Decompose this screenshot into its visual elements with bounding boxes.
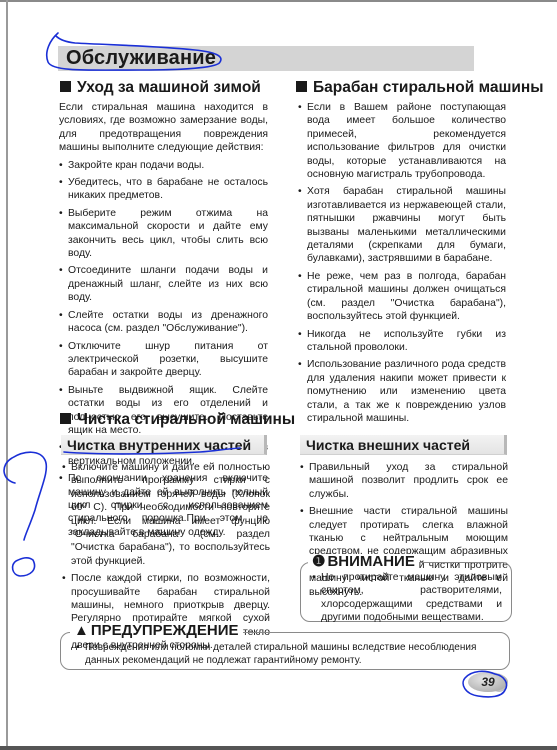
warning-list: Повреждения или поломки деталей стиральн… (76, 641, 496, 668)
list-item: Включите машину и дайте ей полностью вып… (62, 461, 270, 568)
list-item: Если в Вашем районе поступающая вода име… (298, 101, 506, 181)
list-item: Закройте кран подачи воды. (59, 159, 268, 172)
section-heading-winter: Уход за машиной зимой (60, 79, 261, 97)
page-frame-left (6, 0, 8, 750)
square-bullet-icon (296, 81, 307, 92)
section-heading-text: Чистка стиральной машины (77, 411, 295, 428)
warning-content: Повреждения или поломки деталей стиральн… (76, 641, 496, 672)
section-heading-text: Уход за машиной зимой (77, 79, 261, 96)
list-item: Отсоедините шланги подачи воды и дренажн… (59, 264, 268, 304)
square-bullet-icon (60, 413, 71, 424)
attention-title-text: ВНИМАНИЕ (327, 553, 414, 570)
question-mark-annotation (4, 452, 46, 540)
attention-content: Не протирайте машину этиловым спиртом, р… (312, 571, 502, 629)
warning-title: ▲ПРЕДУПРЕЖДЕНИЕ (70, 623, 243, 639)
page-frame-top (0, 0, 557, 2)
drum-list: Если в Вашем районе поступающая вода име… (298, 101, 506, 425)
list-item: Не реже, чем раз в полгода, барабан стир… (298, 270, 506, 324)
drum-column: Если в Вашем районе поступающая вода име… (298, 101, 506, 429)
subheading-text: Чистка внешних частей (306, 437, 470, 453)
list-item: Использование различного рода средств дл… (298, 358, 506, 425)
warning-title-text: ПРЕДУПРЕЖДЕНИЕ (91, 622, 239, 639)
attention-icon: ❶ (312, 554, 325, 570)
attention-title: ❶ВНИМАНИЕ (308, 554, 419, 570)
page-frame-bottom (0, 746, 557, 750)
subheading-outer-parts: Чистка внешних частей (300, 435, 507, 455)
page-number: 39 (468, 672, 508, 692)
list-item: Хотя барабан стиральной машины изготавли… (298, 185, 506, 265)
list-item: Не протирайте машину этиловым спиртом, р… (312, 571, 502, 625)
subheading-text: Чистка внутренних частей (67, 437, 251, 453)
section-heading-drum: Барабан стиральной машины (296, 79, 544, 97)
warning-triangle-icon: ▲ (74, 623, 89, 639)
section-heading-cleaning: Чистка стиральной машины (60, 411, 295, 429)
square-bullet-icon (60, 81, 71, 92)
winter-intro: Если стиральная машина находится в услов… (59, 101, 268, 155)
list-item: Убедитесь, что в барабане не осталось ни… (59, 176, 268, 203)
list-item: Повреждения или поломки деталей стиральн… (76, 641, 496, 668)
attention-list: Не протирайте машину этиловым спиртом, р… (312, 571, 502, 625)
list-item: Правильный уход за стиральной машиной по… (300, 461, 508, 501)
list-item: Никогда не используйте губки из стальной… (298, 328, 506, 355)
section-heading-text: Барабан стиральной машины (313, 79, 544, 96)
list-item: Отключите шнур питания от электрической … (59, 340, 268, 380)
list-item: Слейте остатки воды из дренажного насоса… (59, 309, 268, 336)
page-title: Обслуживание (66, 46, 216, 71)
list-item: Выберите режим отжима на максимальной ск… (59, 207, 268, 261)
subheading-inner-parts: Чистка внутренних частей (61, 435, 267, 455)
